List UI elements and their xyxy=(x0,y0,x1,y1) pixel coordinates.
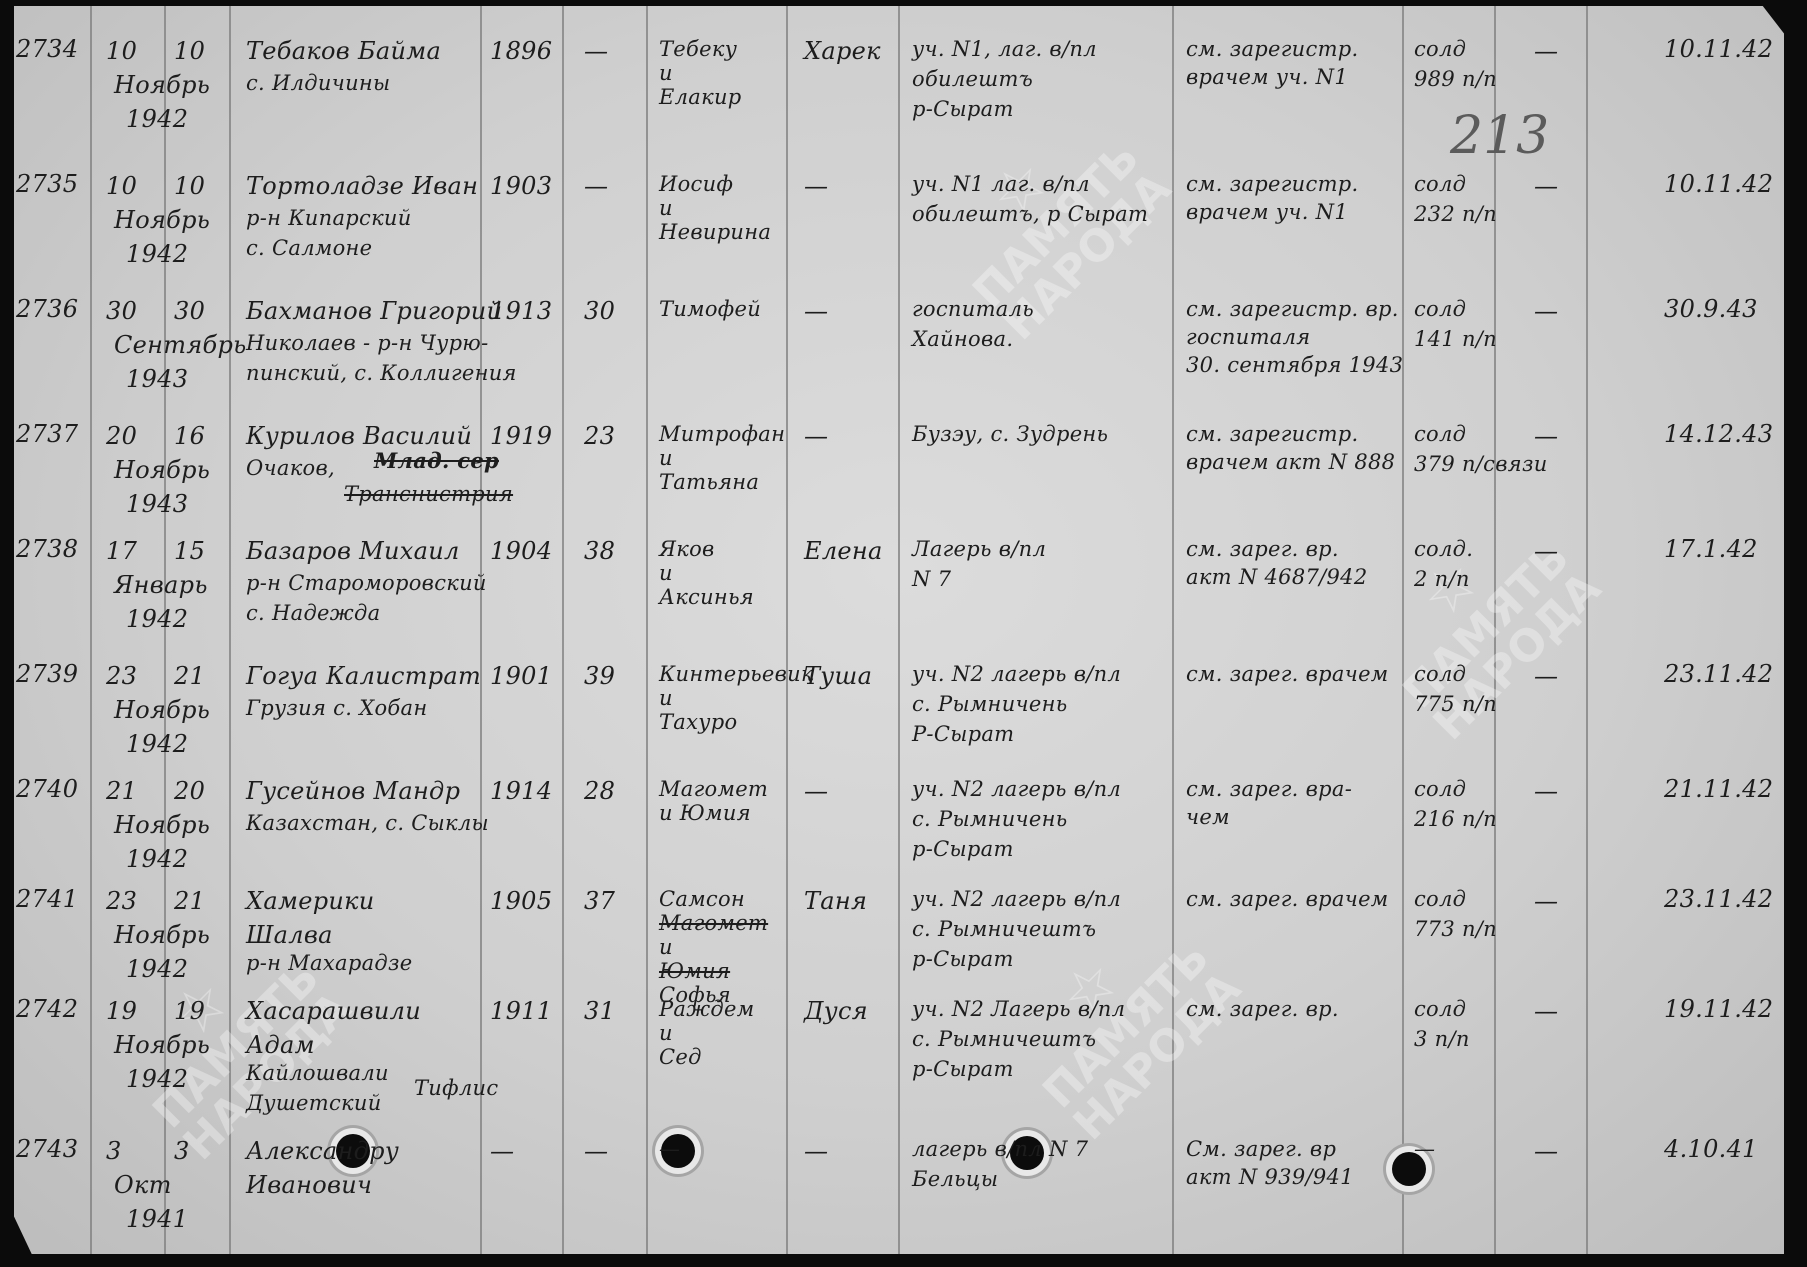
full-name: Хамерики xyxy=(246,886,375,916)
column-rule xyxy=(480,6,482,1254)
burial-place-line: уч. N1, лаг. в/пл xyxy=(912,36,1097,63)
record-number: 2742 xyxy=(16,996,78,1023)
event-day: 19 xyxy=(174,996,205,1026)
burial-place-line: р-Сырат xyxy=(912,836,1014,863)
parents-line: и xyxy=(659,60,673,87)
burial-place-line: уч. N1 лаг. в/пл xyxy=(912,171,1090,198)
burial-place-line: N 7 xyxy=(912,566,951,593)
burial-place-line: Р-Сырат xyxy=(912,721,1014,748)
registration-line: см. зарег. вр. xyxy=(1186,536,1339,563)
age: 23 xyxy=(584,421,615,451)
pencil-page-number: 213 xyxy=(1450,106,1549,166)
registration-line: врачем уч. N1 xyxy=(1186,199,1348,226)
full-name: Бахманов Григорий xyxy=(246,296,502,326)
parents-line: Елакир xyxy=(659,84,742,111)
year: 1943 xyxy=(126,364,188,394)
year: 1942 xyxy=(126,844,188,874)
parents-line: и xyxy=(659,560,673,587)
extra-column: — xyxy=(1534,886,1558,916)
parents-line: и xyxy=(659,1020,673,1047)
death-day: 10 xyxy=(106,171,137,201)
parents-line: Сед xyxy=(659,1044,702,1071)
registration-line: см. зарегистр. xyxy=(1186,171,1359,198)
birthplace: р-н Махарадзе xyxy=(246,950,413,977)
parents-line: — xyxy=(659,1136,680,1163)
wife: Елена xyxy=(804,536,883,566)
burial-place-line: р-Сырат xyxy=(912,96,1014,123)
column-rule xyxy=(898,6,900,1254)
record-date: 10.11.42 xyxy=(1664,36,1773,63)
wife: — xyxy=(804,776,828,806)
event-day: 30 xyxy=(174,296,205,326)
column-rule xyxy=(646,6,648,1254)
registration-line: врачем уч. N1 xyxy=(1186,64,1348,91)
parents-line: Яков xyxy=(659,536,715,563)
rank-unit-line: 773 п/п xyxy=(1414,916,1497,943)
extra-column: — xyxy=(1534,36,1558,66)
registration-line: См. зарег. вр xyxy=(1186,1136,1336,1163)
registration-line: см. зарег. врачем xyxy=(1186,886,1389,913)
registration-line: чем xyxy=(1186,804,1230,831)
parents-line: и xyxy=(659,685,673,712)
death-day: 23 xyxy=(106,661,137,691)
column-rule xyxy=(90,6,92,1254)
registration-line: см. зарегистр. xyxy=(1186,421,1359,448)
parents-line: и xyxy=(659,445,673,472)
record-number: 2737 xyxy=(16,421,78,448)
month: Ноябрь xyxy=(114,920,210,950)
event-day: 16 xyxy=(174,421,205,451)
burial-place-line: обилештъ xyxy=(912,66,1033,93)
extra-column: — xyxy=(1534,536,1558,566)
burial-place-line: р-Сырат xyxy=(912,1056,1014,1083)
birth-year: — xyxy=(490,1136,514,1166)
parents-line: Кинтерьевик xyxy=(659,661,814,688)
burial-place-line: Лагерь в/пл xyxy=(912,536,1046,563)
rank-unit-line: солд xyxy=(1414,296,1466,323)
record-number: 2736 xyxy=(16,296,78,323)
parents-line: Тахуро xyxy=(659,709,737,736)
death-day: 10 xyxy=(106,36,137,66)
year: 1942 xyxy=(126,604,188,634)
birth-year: 1904 xyxy=(490,536,552,566)
rank-unit-line: солд xyxy=(1414,886,1466,913)
rank-unit-line: — xyxy=(1414,1136,1435,1163)
record-number: 2738 xyxy=(16,536,78,563)
parents-line: Тимофей xyxy=(659,296,761,323)
age: 37 xyxy=(584,886,615,916)
parents-line: Юмия xyxy=(659,958,730,985)
year: 1942 xyxy=(126,239,188,269)
struck-rank: Млад. сер xyxy=(374,447,499,474)
age: 30 xyxy=(584,296,615,326)
parents-line: Самсон xyxy=(659,886,745,913)
record-date: 21.11.42 xyxy=(1664,776,1773,803)
burial-place-line: с. Рымничень xyxy=(912,691,1067,718)
birth-year: 1901 xyxy=(490,661,552,691)
full-name: Базаров Михаил xyxy=(246,536,460,566)
parents-line: Аксинья xyxy=(659,584,754,611)
column-rule xyxy=(562,6,564,1254)
age: 38 xyxy=(584,536,615,566)
age: — xyxy=(584,171,608,201)
rank-unit-line: солд xyxy=(1414,421,1466,448)
year: 1942 xyxy=(126,954,188,984)
wife: — xyxy=(804,1136,828,1166)
burial-place-line: с. Рымничень xyxy=(912,806,1067,833)
column-rule xyxy=(229,6,231,1254)
wife: Таня xyxy=(804,886,867,916)
registration-line: госпиталя xyxy=(1186,324,1310,351)
wife: Туша xyxy=(804,661,872,691)
extra-column: — xyxy=(1534,171,1558,201)
extra-column: — xyxy=(1534,296,1558,326)
birthplace-line-2: с. Надежда xyxy=(246,600,380,627)
rank-unit-line: 141 п/п xyxy=(1414,326,1497,353)
death-day: 20 xyxy=(106,421,137,451)
rank-unit-line: солд xyxy=(1414,996,1466,1023)
birthplace-line-2: пинский, с. Коллигения xyxy=(246,360,517,387)
month: Ноябрь xyxy=(114,205,210,235)
rank-unit-line: 232 п/п xyxy=(1414,201,1497,228)
record-number: 2734 xyxy=(16,36,78,63)
birthplace-line-2: Душетский xyxy=(246,1090,382,1117)
extra-column: — xyxy=(1534,1136,1558,1166)
birthplace: Николаев - р-н Чурю- xyxy=(246,330,489,357)
year: 1941 xyxy=(126,1204,188,1234)
rank-unit-line: 2 п/п xyxy=(1414,566,1470,593)
birthplace-note: Тифлис xyxy=(414,1075,498,1102)
death-day: 21 xyxy=(106,776,137,806)
month: Ноябрь xyxy=(114,810,210,840)
record-date: 10.11.42 xyxy=(1664,171,1773,198)
birth-year: 1911 xyxy=(490,996,552,1026)
rank-unit-line: солд xyxy=(1414,171,1466,198)
rank-unit-line: 216 п/п xyxy=(1414,806,1497,833)
rank-unit-line: 379 п/связи xyxy=(1414,451,1548,478)
age: 28 xyxy=(584,776,615,806)
age: 31 xyxy=(584,996,615,1026)
parents-line: Татьяна xyxy=(659,469,759,496)
rank-unit-line: 989 п/п xyxy=(1414,66,1497,93)
burial-place-line: обилештъ, р Сырат xyxy=(912,201,1148,228)
registration-line: см. зарег. вра- xyxy=(1186,776,1352,803)
parents-line: Иосиф xyxy=(659,171,733,198)
year: 1942 xyxy=(126,729,188,759)
extra-column: — xyxy=(1534,776,1558,806)
burial-place-line: уч. N2 лагерь в/пл xyxy=(912,661,1121,688)
age: 39 xyxy=(584,661,615,691)
struck-place: Транснистрия xyxy=(344,481,513,508)
register-page: ☆ ПАМЯТЬ НАРОДА ☆ ПАМЯТЬ НАРОДА ☆ ПАМЯТЬ… xyxy=(14,6,1784,1254)
year: 1943 xyxy=(126,489,188,519)
birthplace: Кайлошвали xyxy=(246,1060,389,1087)
event-day: 10 xyxy=(174,171,205,201)
parents-line: Тебеку xyxy=(659,36,737,63)
event-day: 20 xyxy=(174,776,205,806)
month: Январь xyxy=(114,570,208,600)
full-name: Александру xyxy=(246,1136,399,1166)
wife: — xyxy=(804,421,828,451)
birth-year: 1905 xyxy=(490,886,552,916)
rank-unit-line: солд xyxy=(1414,776,1466,803)
wife: Харек xyxy=(804,36,881,66)
birthplace: р-н Кипарский xyxy=(246,205,412,232)
extra-column: — xyxy=(1534,421,1558,451)
birth-year: 1913 xyxy=(490,296,552,326)
registration-line: см. зарегистр. вр. xyxy=(1186,296,1399,323)
burial-place-line: р-Сырат xyxy=(912,946,1014,973)
record-date: 23.11.42 xyxy=(1664,886,1773,913)
wife: Дуся xyxy=(804,996,868,1026)
rank-unit-line: 775 п/п xyxy=(1414,691,1497,718)
record-date: 4.10.41 xyxy=(1664,1136,1758,1163)
full-name: Хасарашвили xyxy=(246,996,421,1026)
record-number: 2739 xyxy=(16,661,78,688)
record-date: 23.11.42 xyxy=(1664,661,1773,688)
burial-place-line: Бельцы xyxy=(912,1166,998,1193)
birthplace: Казахстан, с. Сыклы xyxy=(246,810,489,837)
month: Ноябрь xyxy=(114,695,210,725)
registration-line: акт N 939/941 xyxy=(1186,1164,1354,1191)
birthplace-line-2: с. Салмоне xyxy=(246,235,372,262)
parents-line: Митрофан xyxy=(659,421,785,448)
age: — xyxy=(584,36,608,66)
parents-line: и xyxy=(659,934,673,961)
record-date: 17.1.42 xyxy=(1664,536,1758,563)
rank-unit-line: 3 п/п xyxy=(1414,1026,1470,1053)
burial-place-line: лагерь в/пл N 7 xyxy=(912,1136,1088,1163)
extra-column: — xyxy=(1534,996,1558,1026)
rank-unit-line: солд. xyxy=(1414,536,1473,563)
event-day: 21 xyxy=(174,886,205,916)
registration-line: см. зарегистр. xyxy=(1186,36,1359,63)
event-day: 21 xyxy=(174,661,205,691)
death-day: 30 xyxy=(106,296,137,326)
full-name: Гусейнов Мандр xyxy=(246,776,460,806)
registration-line: см. зарег. вр. xyxy=(1186,996,1339,1023)
full-name: Гогуа Калистрат xyxy=(246,661,481,691)
extra-column: — xyxy=(1534,661,1558,691)
birthplace: Очаков, xyxy=(246,455,335,482)
burial-place-line: уч. N2 Лагерь в/пл xyxy=(912,996,1125,1023)
death-day: 17 xyxy=(106,536,137,566)
rank-unit-line: солд xyxy=(1414,36,1466,63)
name-line-2: Адам xyxy=(246,1030,315,1060)
record-date: 30.9.43 xyxy=(1664,296,1758,323)
record-number: 2740 xyxy=(16,776,78,803)
registration-line: см. зарег. врачем xyxy=(1186,661,1389,688)
full-name: Тебаков Байма xyxy=(246,36,441,66)
birthplace: р-н Староморовский xyxy=(246,570,487,597)
column-rule xyxy=(1494,6,1496,1254)
month: Ноябрь xyxy=(114,455,210,485)
age: — xyxy=(584,1136,608,1166)
death-day: 3 xyxy=(106,1136,122,1166)
event-day: 15 xyxy=(174,536,205,566)
column-rule xyxy=(1586,6,1588,1254)
birth-year: 1903 xyxy=(490,171,552,201)
burial-place-line: с. Рымничештъ xyxy=(912,916,1096,943)
birth-year: 1919 xyxy=(490,421,552,451)
name-line-2: Иванович xyxy=(246,1170,372,1200)
full-name: Тортоладзе Иван xyxy=(246,171,478,201)
birthplace: Грузия с. Хобан xyxy=(246,695,427,722)
name-line-2: Шалва xyxy=(246,920,333,950)
month: Сентябрь xyxy=(114,330,247,360)
burial-place-line: уч. N2 лагерь в/пл xyxy=(912,776,1121,803)
burial-place-line: уч. N2 лагерь в/пл xyxy=(912,886,1121,913)
burial-place-line: госпиталь xyxy=(912,296,1034,323)
record-number: 2743 xyxy=(16,1136,78,1163)
record-date: 14.12.43 xyxy=(1664,421,1773,448)
column-rule xyxy=(1172,6,1174,1254)
month: Окт xyxy=(114,1170,172,1200)
parents-line: Невирина xyxy=(659,219,771,246)
burial-place-line: Бузэу, с. Зудрень xyxy=(912,421,1108,448)
birth-year: 1914 xyxy=(490,776,552,806)
death-day: 23 xyxy=(106,886,137,916)
parents-line: Магомет xyxy=(659,776,768,803)
death-day: 19 xyxy=(106,996,137,1026)
column-rule xyxy=(786,6,788,1254)
year: 1942 xyxy=(126,1064,188,1094)
birthplace: с. Илдичины xyxy=(246,70,390,97)
parents-line: Раждем xyxy=(659,996,754,1023)
registration-line: 30. сентября 1943 xyxy=(1186,352,1403,379)
registration-line: акт N 4687/942 xyxy=(1186,564,1368,591)
month: Ноябрь xyxy=(114,1030,210,1060)
registration-line: врачем акт N 888 xyxy=(1186,449,1395,476)
parents-line: и xyxy=(659,195,673,222)
rank-unit-line: солд xyxy=(1414,661,1466,688)
record-number: 2741 xyxy=(16,886,78,913)
wife: — xyxy=(804,296,828,326)
wife: — xyxy=(804,171,828,201)
event-day: 10 xyxy=(174,36,205,66)
event-day: 3 xyxy=(174,1136,190,1166)
month: Ноябрь xyxy=(114,70,210,100)
record-date: 19.11.42 xyxy=(1664,996,1773,1023)
burial-place-line: Хайнова. xyxy=(912,326,1013,353)
record-number: 2735 xyxy=(16,171,78,198)
birth-year: 1896 xyxy=(490,36,552,66)
parents-line: и Юмия xyxy=(659,800,751,827)
burial-place-line: с. Рымничештъ xyxy=(912,1026,1096,1053)
column-rule xyxy=(1402,6,1404,1254)
parents-line: Магомет xyxy=(659,910,768,937)
year: 1942 xyxy=(126,104,188,134)
